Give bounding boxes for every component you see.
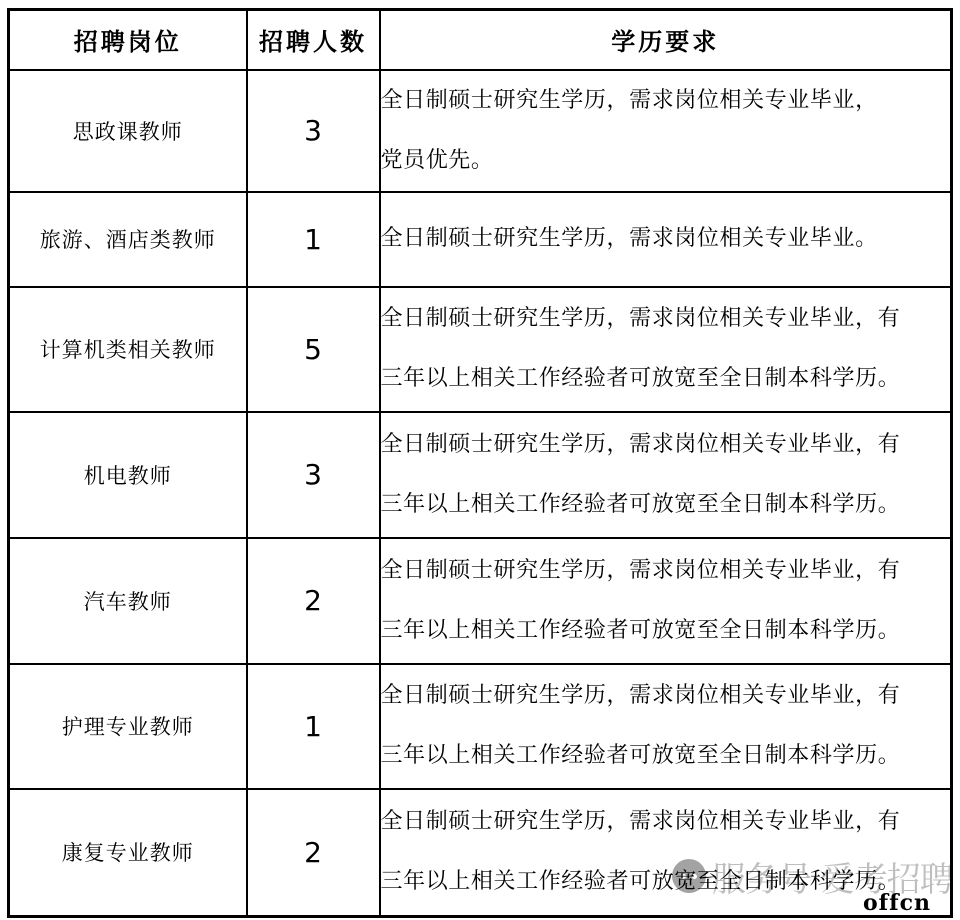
header-count: 招聘人数	[247, 10, 380, 70]
count-cell: 2	[247, 789, 380, 917]
requirement-line: 全日制硕士研究生学历，需求岗位相关专业毕业，有	[381, 541, 951, 601]
requirement-cell: 全日制硕士研究生学历，需求岗位相关专业毕业，有三年以上相关工作经验者可放宽至全日…	[380, 287, 952, 412]
count-cell: 3	[247, 412, 380, 538]
requirement-cell: 全日制硕士研究生学历，需求岗位相关专业毕业，有三年以上相关工作经验者可放宽至全日…	[380, 664, 952, 789]
requirement-cell: 全日制硕士研究生学历，需求岗位相关专业毕业。	[380, 192, 952, 287]
position-cell: 康复专业教师	[9, 789, 247, 917]
table-row: 思政课教师 3 全日制硕士研究生学历，需求岗位相关专业毕业，党员优先。	[9, 70, 952, 192]
position-cell: 护理专业教师	[9, 664, 247, 789]
requirement-line: 全日制硕士研究生学历，需求岗位相关专业毕业，有	[381, 792, 951, 852]
table-row: 汽车教师 2 全日制硕士研究生学历，需求岗位相关专业毕业，有三年以上相关工作经验…	[9, 538, 952, 664]
position-cell: 机电教师	[9, 412, 247, 538]
position-cell: 旅游、酒店类教师	[9, 192, 247, 287]
offcn-brand-mark: offcn	[863, 890, 931, 916]
position-cell: 思政课教师	[9, 70, 247, 192]
count-cell: 3	[247, 70, 380, 192]
position-cell: 计算机类相关教师	[9, 287, 247, 412]
header-row: 招聘岗位 招聘人数 学历要求	[9, 10, 952, 70]
requirement-line: 三年以上相关工作经验者可放宽至全日制本科学历。	[381, 475, 951, 535]
requirement-line: 全日制硕士研究生学历，需求岗位相关专业毕业，有	[381, 415, 951, 475]
count-cell: 1	[247, 192, 380, 287]
requirement-line: 全日制硕士研究生学历，需求岗位相关专业毕业，	[381, 71, 951, 131]
requirement-line: 三年以上相关工作经验者可放宽至全日制本科学历。	[381, 601, 951, 661]
position-cell: 汽车教师	[9, 538, 247, 664]
header-position: 招聘岗位	[9, 10, 247, 70]
requirement-line: 三年以上相关工作经验者可放宽至全日制本科学历。	[381, 349, 951, 409]
header-requirement: 学历要求	[380, 10, 952, 70]
table-row: 机电教师 3 全日制硕士研究生学历，需求岗位相关专业毕业，有三年以上相关工作经验…	[9, 412, 952, 538]
count-cell: 1	[247, 664, 380, 789]
requirement-line: 全日制硕士研究生学历，需求岗位相关专业毕业，有	[381, 289, 951, 349]
requirement-line: 全日制硕士研究生学历，需求岗位相关专业毕业，有	[381, 666, 951, 726]
requirement-cell: 全日制硕士研究生学历，需求岗位相关专业毕业，党员优先。	[380, 70, 952, 192]
count-cell: 2	[247, 538, 380, 664]
table-row: 康复专业教师 2 全日制硕士研究生学历，需求岗位相关专业毕业，有三年以上相关工作…	[9, 789, 952, 917]
table-row: 护理专业教师 1 全日制硕士研究生学历，需求岗位相关专业毕业，有三年以上相关工作…	[9, 664, 952, 789]
requirement-cell: 全日制硕士研究生学历，需求岗位相关专业毕业，有三年以上相关工作经验者可放宽至全日…	[380, 412, 952, 538]
requirement-line: 党员优先。	[381, 131, 951, 191]
table-row: 旅游、酒店类教师 1 全日制硕士研究生学历，需求岗位相关专业毕业。	[9, 192, 952, 287]
table-row: 计算机类相关教师 5 全日制硕士研究生学历，需求岗位相关专业毕业，有三年以上相关…	[9, 287, 952, 412]
recruitment-table-wrap: 招聘岗位 招聘人数 学历要求 思政课教师 3 全日制硕士研究生学历，需求岗位相关…	[7, 8, 953, 918]
requirement-line: 三年以上相关工作经验者可放宽至全日制本科学历。	[381, 726, 951, 786]
table-header: 招聘岗位 招聘人数 学历要求	[9, 10, 952, 70]
page: 服务号 爱考招聘 offcn 招聘岗位 招聘人数 学历要求 思政课教师 3 全日…	[0, 0, 960, 920]
table-body: 思政课教师 3 全日制硕士研究生学历，需求岗位相关专业毕业，党员优先。 旅游、酒…	[9, 70, 952, 917]
recruitment-table: 招聘岗位 招聘人数 学历要求 思政课教师 3 全日制硕士研究生学历，需求岗位相关…	[7, 8, 953, 918]
requirement-line: 全日制硕士研究生学历，需求岗位相关专业毕业。	[381, 209, 951, 269]
requirement-cell: 全日制硕士研究生学历，需求岗位相关专业毕业，有三年以上相关工作经验者可放宽至全日…	[380, 538, 952, 664]
count-cell: 5	[247, 287, 380, 412]
